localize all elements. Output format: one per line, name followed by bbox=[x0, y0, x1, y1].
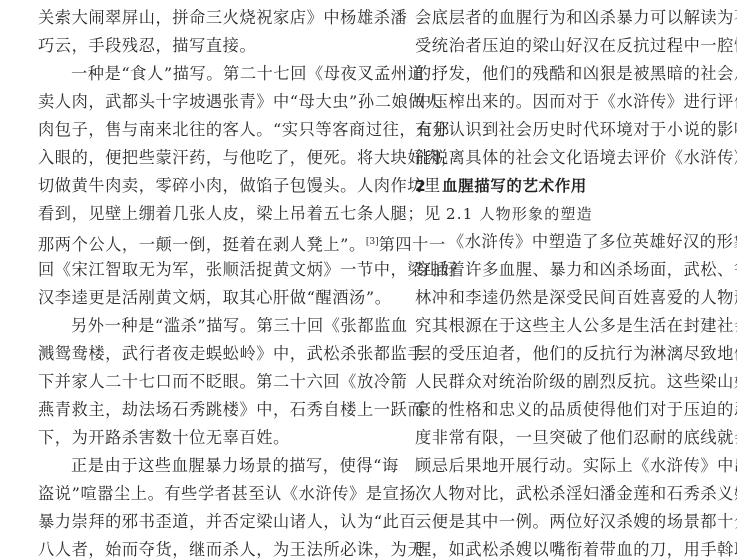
text-line: 穿插着许多血腥、暴力和凶杀场面，武松、鲁智深 bbox=[415, 256, 737, 284]
text-line: 中压榨出来的。因而对于《水浒传》进行评价时， bbox=[415, 88, 737, 116]
text-line: 能脱离具体的社会文化语境去评价《水浒传》。 bbox=[415, 144, 737, 172]
subsection-heading: 2.1 人物形象的塑造 bbox=[415, 200, 737, 228]
text-line: 的抒发，他们的残酷和凶狠是被黑暗的社会从骨 bbox=[415, 60, 737, 88]
text-line: 暴力崇拜的邪书歪道，并否定梁山诸人，认为“此百 bbox=[38, 508, 370, 536]
text-line: 盗说”喧嚣尘上。有些学者甚至认《水浒传》是宣扬 bbox=[38, 480, 370, 508]
text-line: 会底层者的血腥行为和凶杀暴力可以解读为不 bbox=[415, 4, 737, 32]
text-line: 豪的性格和忠义的品质使得他们对于压迫的忍 bbox=[415, 396, 737, 424]
text-line-with-citation: 那两个公人，一颠一倒，挺着在剥人凳上”。[3]第四十一 bbox=[38, 228, 370, 256]
text-line: 层的受压迫者，他们的反抗行为淋漓尽致地体现 bbox=[415, 340, 737, 368]
subsection-title: 人物形象的塑造 bbox=[479, 205, 592, 223]
text-line: 燕青救主，劫法场石秀跳楼》中，石秀自楼上一跃而 bbox=[38, 396, 370, 424]
text-line: 回《宋江智取无为军，张顺活捉黄文炳》一节中，梁山好 bbox=[38, 256, 370, 284]
text-line: 究其根源在于这些主人公多是生活在封建社会 bbox=[415, 312, 737, 340]
text-line: 看到，见壁上绷着几张人皮，梁上吊着五七条人腿；见 bbox=[38, 200, 370, 228]
text-line: 肉包子，售与南来北往的客人。“实只等客商过往，有那 bbox=[38, 116, 370, 144]
right-column: 会底层者的血腥行为和凶杀暴力可以解读为不 受统治者压迫的梁山好汉在反抗过程中一腔… bbox=[415, 4, 737, 560]
text-segment: 那两个公人，一颠一倒，挺着在剥人凳上”。 bbox=[38, 235, 366, 254]
text-line: 切做黄牛肉卖，零碎小肉，做馅子包馒头。人肉作坊里 bbox=[38, 172, 370, 200]
text-line: 林冲和李逵仍然是深受民间百姓喜爱的人物形象 bbox=[415, 284, 737, 312]
section-number: 2 bbox=[415, 172, 442, 200]
text-line: 腥，如武松杀嫂以嘴衔着带血的刀，用手斡取心 bbox=[415, 536, 737, 560]
text-line: 受统治者压迫的梁山好汉在反抗过程中一腔愤 bbox=[415, 32, 737, 60]
text-line: 顾忌后果地开展行动。实际上《水浒传》中出现了 bbox=[415, 452, 737, 480]
text-line: 卖人肉，武都头十字坡遇张青》中“母大虫”孙二娘做人 bbox=[38, 88, 370, 116]
section-title: 血腥描写的艺术作用 bbox=[442, 177, 587, 195]
text-line: 人民群众对统治阶级的剧烈反抗。这些梁山好汉 bbox=[415, 368, 737, 396]
text-line: 度非常有限，一旦突破了他们忍耐的底线就会毫 bbox=[415, 424, 737, 452]
text-line: 次人物对比，武松杀淫妇潘金莲和石秀杀义嫂潘 bbox=[415, 480, 737, 508]
text-line: 充分认识到社会历史时代环境对于小说的影响， bbox=[415, 116, 737, 144]
left-column: 关索大闹翠屏山，拼命三火烧祝家店》中杨雄杀潘 巧云，手段残忍，描写直接。 一种是… bbox=[38, 4, 370, 560]
text-line: 关索大闹翠屏山，拼命三火烧祝家店》中杨雄杀潘 bbox=[38, 4, 370, 32]
paragraph-start-line: 《水浒传》中塑造了多位英雄好汉的形象，即 bbox=[415, 228, 737, 256]
text-line: 云便是其中一例。两位好汉杀嫂的场景都十分 bbox=[415, 508, 737, 536]
text-line: 下并家人二十七口而不眨眼。第二十六回《放冷箭 bbox=[38, 368, 370, 396]
text-line: 入眼的，便把些蒙汗药，与他吃了，便死。将大块好肉， bbox=[38, 144, 370, 172]
text-line: 八人者，始而夺货，继而杀人，为王法所必诛，为天 bbox=[38, 536, 370, 560]
paragraph-start-line: 正是由于这些血腥暴力场景的描写，使得“诲 bbox=[38, 452, 370, 480]
citation-marker[interactable]: [3] bbox=[366, 237, 379, 247]
section-heading: 2血腥描写的艺术作用 bbox=[415, 172, 737, 200]
text-line: 汉李逵更是活剐黄文炳，取其心肝做“醒酒汤”。 bbox=[38, 284, 370, 312]
subsection-number: 2.1 bbox=[446, 205, 473, 223]
text-line: 溅鸳鸯楼，武行者夜走蜈蚣岭》中，武松杀张都监手 bbox=[38, 340, 370, 368]
text-line: 下，为开路杀害数十位无辜百姓。 bbox=[38, 424, 370, 452]
paragraph-start-line: 一种是“食人”描写。第二十七回《母夜叉孟州道 bbox=[38, 60, 370, 88]
paragraph-start-line: 另外一种是“滥杀”描写。第三十回《张都监血 bbox=[38, 312, 370, 340]
text-line: 巧云，手段残忍，描写直接。 bbox=[38, 32, 370, 60]
